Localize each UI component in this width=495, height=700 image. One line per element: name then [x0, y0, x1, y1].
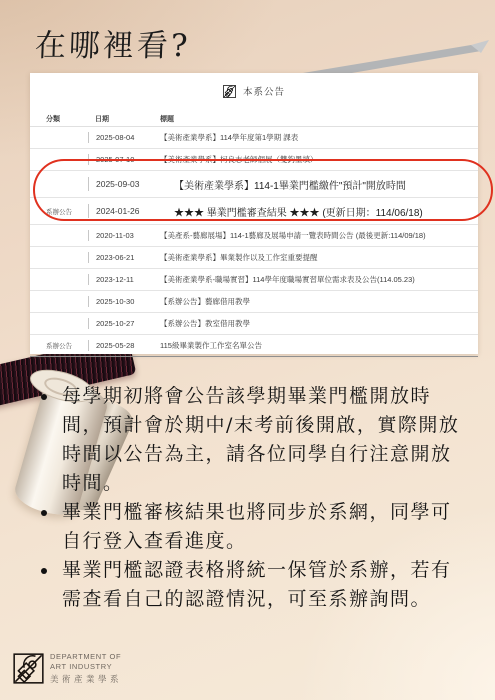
announcements-card: 本系公告 分類 日期 標題 2025-08-04【美術產業學系】114學年度第1… — [30, 73, 478, 354]
column-header-category: 分類 — [46, 114, 88, 124]
bullet-item: 畢業門檻審核結果也將同步於系網，同學可自行登入查看進度。 — [36, 498, 462, 556]
table-header-row: 分類 日期 標題 — [30, 111, 478, 127]
row-date: 2025-05-28 — [88, 340, 160, 351]
footer-name-zh: 美術產業學系 — [50, 673, 122, 685]
table-row: 2023-12-11【美術產業學系-職場實習】114學年度職場實習單位需求表及公… — [30, 269, 478, 291]
row-category: 系辦公告 — [46, 207, 88, 216]
footer-name-en-line1: DEPARTMENT OF — [50, 652, 122, 662]
row-date: 2025-07-10 — [88, 154, 160, 165]
row-title-link[interactable]: 【系辦公告】教室借用教學 — [160, 318, 478, 329]
row-date: 2025-10-30 — [88, 296, 160, 307]
row-title-link[interactable]: 【美術產業學系-職場實習】114學年度職場實習單位需求表及公告(114.05.2… — [160, 274, 478, 285]
table-row: 2023-06-21【美術產業學系】畢業製作以及工作室重要提醒 — [30, 247, 478, 269]
footer-name-en-line2: ART INDUSTRY — [50, 662, 122, 672]
bullet-item: 畢業門檻認證表格將統一保管於系辦，若有需查看自己的認證情況，可至系辦詢問。 — [36, 556, 462, 614]
row-title-link[interactable]: 【系辦公告】藝廊借用教學 — [160, 296, 478, 307]
table-body: 2025-08-04【美術產業學系】114學年度第1學期 課表2025-07-1… — [30, 127, 478, 357]
table-row: 2025-09-03【美術產業學系】114-1畢業門檻繳件"預計"開放時間 — [30, 171, 478, 198]
row-date: 2024-01-26 — [88, 204, 160, 218]
row-date: 2023-06-21 — [88, 252, 160, 263]
row-date: 2025-09-03 — [88, 177, 160, 191]
announcements-header: 本系公告 — [30, 73, 478, 101]
table-row: 2025-08-04【美術產業學系】114學年度第1學期 課表 — [30, 127, 478, 149]
row-title-link[interactable]: 【美術產業學系】柯良志老師個展（雙鈎墨填） — [160, 154, 478, 165]
table-row: 2025-10-27【系辦公告】教室借用教學 — [30, 313, 478, 335]
table-row: 系辦公告2025-05-28115級畢業製作工作室名單公告 — [30, 335, 478, 357]
row-date: 2025-08-04 — [88, 132, 160, 143]
row-title-link[interactable]: 【美術產業學系】114學年度第1學期 課表 — [160, 132, 478, 143]
row-title-link[interactable]: 115級畢業製作工作室名單公告 — [160, 340, 478, 351]
row-date: 2020-11-03 — [88, 230, 160, 241]
row-category: 系辦公告 — [46, 341, 88, 350]
row-title-link[interactable]: ★★★ 畢業門檻審查結果 ★★★ (更新日期：114/06/18) — [160, 204, 478, 219]
row-title-link[interactable]: 【美術產業學系】畢業製作以及工作室重要提醒 — [160, 252, 478, 263]
table-row: 系辦公告2024-01-26★★★ 畢業門檻審查結果 ★★★ (更新日期：114… — [30, 198, 478, 225]
table-row: 2025-10-30【系辦公告】藝廊借用教學 — [30, 291, 478, 313]
column-header-title: 標題 — [160, 114, 478, 124]
notes-list: 每學期初將會公告該學期畢業門檻開放時間，預計會於期中/末考前後開啟，實際開放時間… — [36, 382, 462, 614]
department-logo-icon — [13, 653, 44, 684]
row-date: 2025-10-27 — [88, 318, 160, 329]
page-title: 在哪裡看? — [34, 20, 191, 65]
announcements-title: 本系公告 — [243, 84, 285, 98]
row-title-link[interactable]: 【美產系-藝廊展場】114-1藝廊及展場申請一覽表時間公告 (最後更新:114/… — [160, 230, 478, 241]
bullet-item: 每學期初將會公告該學期畢業門檻開放時間，預計會於期中/末考前後開啟，實際開放時間… — [36, 382, 462, 498]
table-row: 2025-07-10【美術產業學系】柯良志老師個展（雙鈎墨填） — [30, 149, 478, 171]
column-header-date: 日期 — [88, 114, 160, 124]
table-row: 2020-11-03【美產系-藝廊展場】114-1藝廊及展場申請一覽表時間公告 … — [30, 225, 478, 247]
footer: DEPARTMENT OF ART INDUSTRY 美術產業學系 — [13, 652, 122, 685]
row-title-link[interactable]: 【美術產業學系】114-1畢業門檻繳件"預計"開放時間 — [160, 177, 478, 192]
department-logo-icon — [223, 85, 236, 98]
row-date: 2023-12-11 — [88, 274, 160, 285]
